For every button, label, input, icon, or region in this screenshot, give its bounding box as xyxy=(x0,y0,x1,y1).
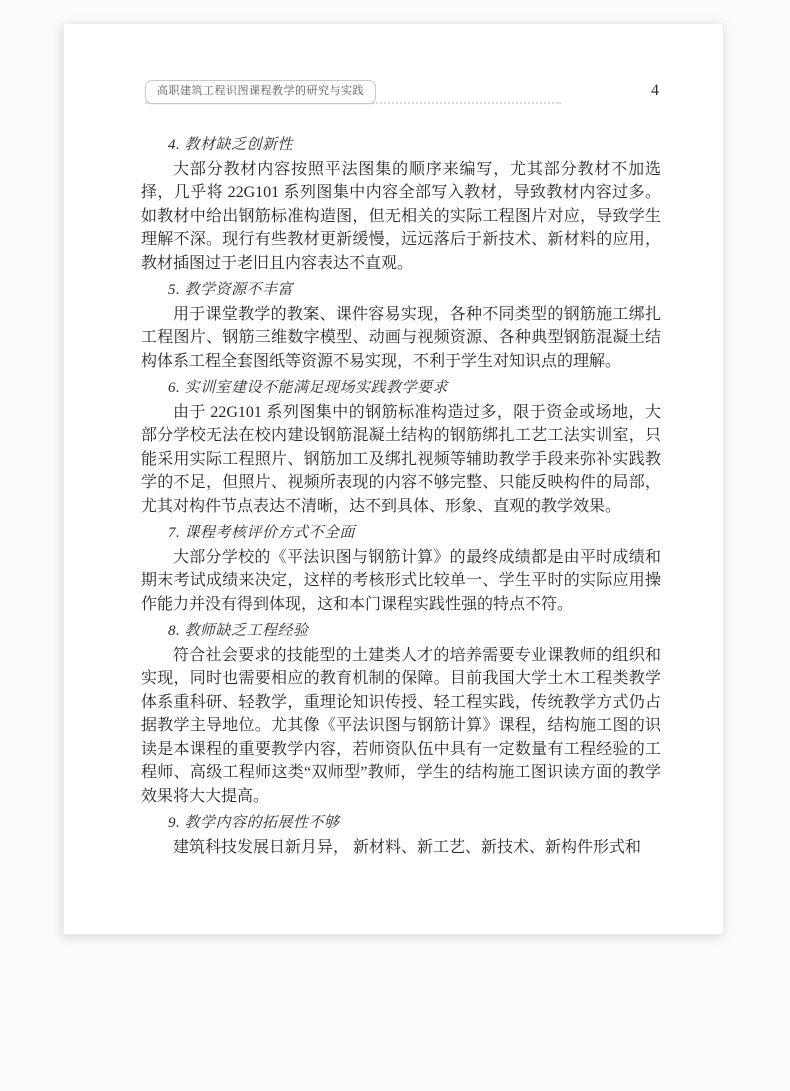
section-heading: 7. 课程考核评价方式不全面 xyxy=(141,522,661,546)
section-heading: 4. 教材缺乏创新性 xyxy=(141,134,661,158)
section-paragraph: 大部分学校的《平法识图与钢筋计算》的最终成绩都是由平时成绩和期末考试成绩来决定，… xyxy=(141,546,661,617)
section: 6. 实训室建设不能满足现场实践教学要求 由于 22G101 系列图集中的钢筋标… xyxy=(141,377,661,518)
section-heading: 8. 教师缺乏工程经验 xyxy=(141,620,661,644)
section-heading: 9. 教学内容的拓展性不够 xyxy=(141,812,661,836)
section: 9. 教学内容的拓展性不够 建筑科技发展日新月异， 新材料、新工艺、新技术、新构… xyxy=(141,812,661,859)
section: 4. 教材缺乏创新性 大部分教材内容按照平法图集的顺序来编写，尤其部分教材不加选… xyxy=(141,134,661,275)
section-heading: 5. 教学资源不丰富 xyxy=(141,279,661,303)
page-content: 4. 教材缺乏创新性 大部分教材内容按照平法图集的顺序来编写，尤其部分教材不加选… xyxy=(141,134,661,859)
section-paragraph: 符合社会要求的技能型的土建类人才的培养需要专业课教师的组织和实现，同时也需要相应… xyxy=(141,644,661,809)
section-paragraph: 由于 22G101 系列图集中的钢筋标准构造过多，限于资金或场地，大部分学校无法… xyxy=(141,401,661,519)
page-number: 4 xyxy=(651,82,659,100)
section: 8. 教师缺乏工程经验 符合社会要求的技能型的土建类人才的培养需要专业课教师的组… xyxy=(141,620,661,808)
section: 7. 课程考核评价方式不全面 大部分学校的《平法识图与钢筋计算》的最终成绩都是由… xyxy=(141,522,661,616)
running-header: 高职建筑工程识图课程教学的研究与实践 4 xyxy=(64,24,723,114)
section-paragraph: 用于课堂教学的教案、课件容易实现，各种不同类型的钢筋施工绑扎工程图片、钢筋三维数… xyxy=(141,303,661,374)
book-page: 高职建筑工程识图课程教学的研究与实践 4 4. 教材缺乏创新性 大部分教材内容按… xyxy=(63,23,724,935)
section-paragraph: 大部分教材内容按照平法图集的顺序来编写，尤其部分教材不加选择，几乎将 22G10… xyxy=(141,158,661,276)
section: 5. 教学资源不丰富 用于课堂教学的教案、课件容易实现，各种不同类型的钢筋施工绑… xyxy=(141,279,661,373)
section-paragraph: 建筑科技发展日新月异， 新材料、新工艺、新技术、新构件形式和 xyxy=(141,836,661,860)
page-background: 高职建筑工程识图课程教学的研究与实践 4 4. 教材缺乏创新性 大部分教材内容按… xyxy=(0,0,790,1091)
running-title: 高职建筑工程识图课程教学的研究与实践 xyxy=(145,80,376,104)
section-heading: 6. 实训室建设不能满足现场实践教学要求 xyxy=(141,377,661,401)
